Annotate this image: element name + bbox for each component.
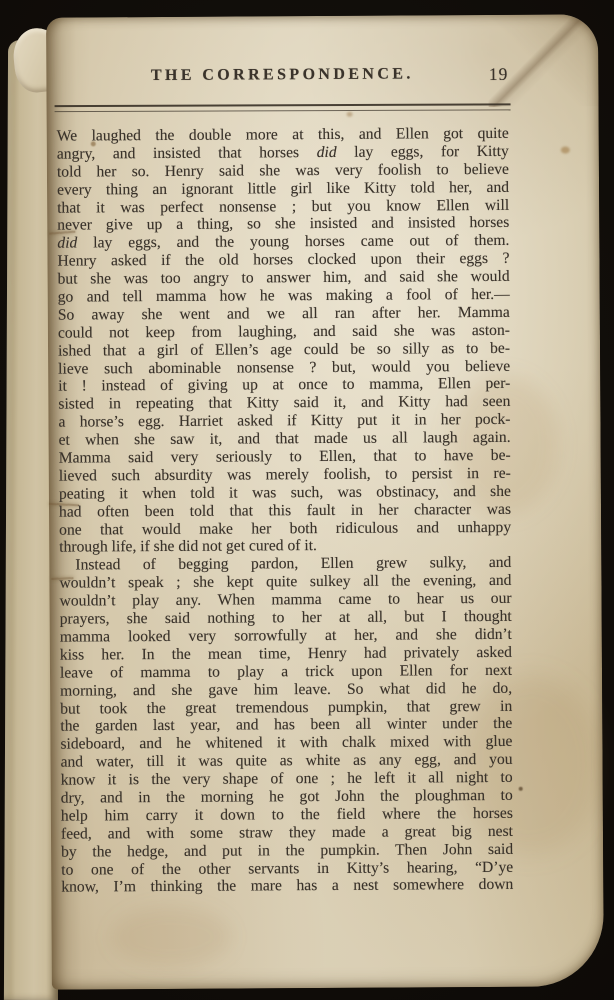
- text-line: know, I’m thinking the mare has a nest s…: [61, 876, 513, 897]
- foxing-spot: [347, 112, 353, 117]
- text-line: every thing an ignorant little girl like…: [57, 179, 509, 200]
- foxing-spot: [561, 146, 570, 153]
- double-rule-divider: [55, 103, 511, 112]
- page-header: THE CORRESPONDENCE. 19: [56, 65, 508, 92]
- text-line: ished that a girl of Ellen’s age could b…: [58, 340, 510, 361]
- text-line: kiss her. In the mean time, Henry had pr…: [60, 644, 512, 665]
- page-number: 19: [489, 64, 509, 85]
- top-right-corner-fold: [488, 14, 599, 107]
- text-line: leave of mamma to play a trick upon Elle…: [60, 662, 512, 683]
- text-line: told her so. Henry said she was very foo…: [57, 161, 509, 182]
- foxing-stain: [111, 907, 231, 968]
- running-title: THE CORRESPONDENCE.: [56, 65, 508, 86]
- book-page: THE CORRESPONDENCE. 19 We laughed the do…: [46, 14, 604, 989]
- text-line: had often been told that this fault in h…: [59, 501, 511, 522]
- text-line: one that would make her both ridiculous …: [59, 518, 511, 539]
- text-line: by the hedge, and put in the pumpkin. Th…: [61, 840, 513, 861]
- page-body: We laughed the double more at this, and …: [57, 125, 514, 897]
- text-line: help him carry it down to the field wher…: [61, 805, 513, 826]
- text-line: morning, and she gave him leave. So what…: [60, 679, 512, 700]
- text-line: peating it when told it was such, was ob…: [59, 483, 511, 504]
- photographed-book-scan: THE CORRESPONDENCE. 19 We laughed the do…: [0, 0, 614, 1000]
- foxing-spot: [519, 787, 523, 791]
- text-line: could not keep from laughing, and said s…: [58, 322, 510, 343]
- text-line: feed, and with some straw they made a gr…: [61, 823, 513, 844]
